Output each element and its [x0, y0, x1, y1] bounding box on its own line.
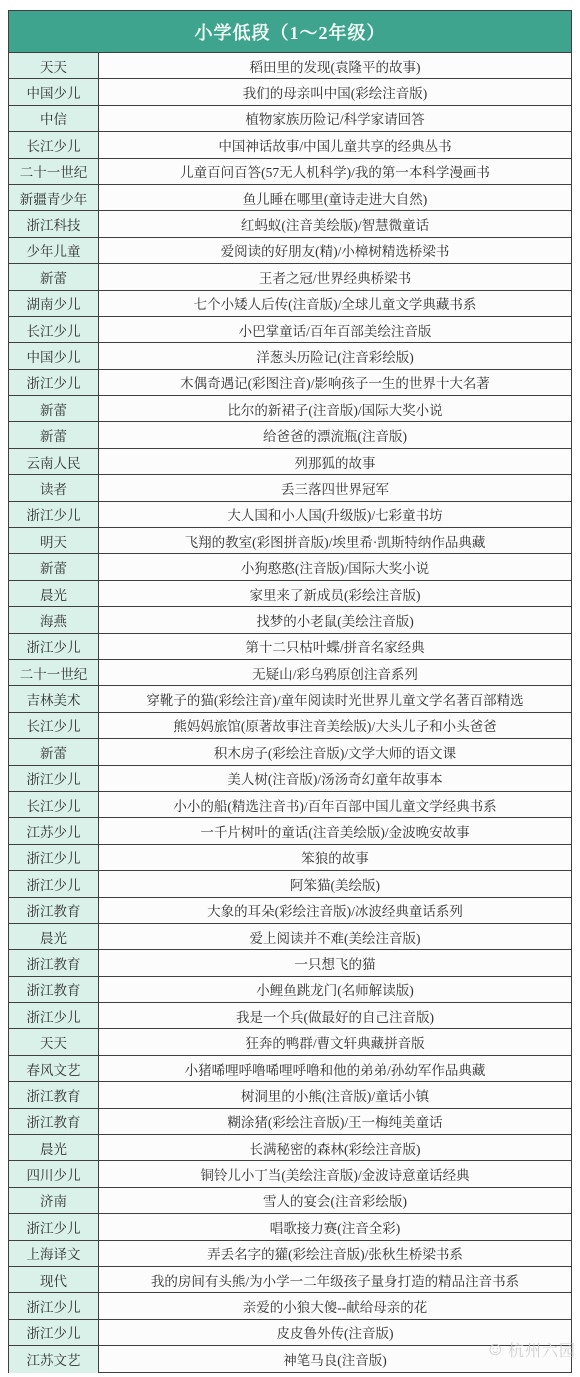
- table-row: 浙江少儿 第十二只枯叶蝶/拼音名家经典: [9, 634, 571, 660]
- book-title-cell: 找梦的小老鼠(美绘注音版): [99, 607, 571, 632]
- publisher-cell: 浙江少儿: [9, 634, 99, 659]
- table-row: 中国少儿 洋葱头历险记(注音彩绘版): [9, 343, 571, 369]
- table-row: 浙江少儿 笨狼的故事: [9, 845, 571, 871]
- publisher-cell: 晨光: [9, 924, 99, 949]
- table-row: 江苏少儿 一千片树叶的童话(注音美绘版)/金波晚安故事: [9, 818, 571, 844]
- table-row: 长江少儿 中国神话故事/中国儿童共享的经典丛书: [9, 132, 571, 158]
- publisher-cell: 天天: [9, 1029, 99, 1054]
- table-row: 浙江少儿 阿笨猫(美绘版): [9, 871, 571, 897]
- publisher-cell: 浙江教育: [9, 898, 99, 923]
- book-title-cell: 大象的耳朵(彩绘注音版)/冰波经典童话系列: [99, 898, 571, 923]
- table-row: 上海译文 弄丢名字的獾(彩绘注音版)/张秋生桥梁书系: [9, 1241, 571, 1267]
- publisher-cell: 上海译文: [9, 1241, 99, 1266]
- publisher-cell: 长江少儿: [9, 792, 99, 817]
- table-row: 浙江教育 大象的耳朵(彩绘注音版)/冰波经典童话系列: [9, 898, 571, 924]
- table-row: 浙江少儿 木偶奇遇记(彩图注音)/影响孩子一生的世界十大名著: [9, 370, 571, 396]
- book-title-cell: 我的房间有头熊/为小学一二年级孩子量身打造的精品注音书系: [99, 1267, 571, 1292]
- publisher-cell: 浙江少儿: [9, 845, 99, 870]
- table-row: 长江少儿 小小的船(精选注音书)/百年百部中国儿童文学经典书系: [9, 792, 571, 818]
- table-row: 晨光 家里来了新成员(彩绘注音版): [9, 581, 571, 607]
- book-title-cell: 积木房子(彩绘注音版)/文学大师的语文课: [99, 739, 571, 764]
- publisher-cell: 浙江少儿: [9, 1320, 99, 1345]
- publisher-cell: 中国少儿: [9, 343, 99, 368]
- publisher-cell: 春风文艺: [9, 1056, 99, 1081]
- table-row: 海燕 找梦的小老鼠(美绘注音版): [9, 607, 571, 633]
- book-title-cell: 一只想飞的猫: [99, 950, 571, 975]
- publisher-cell: 二十一世纪: [9, 660, 99, 685]
- book-title-cell: 爱上阅读并不难(美绘注音版): [99, 924, 571, 949]
- publisher-cell: 明天: [9, 528, 99, 553]
- publisher-cell: 四川少儿: [9, 1161, 99, 1186]
- publisher-cell: 新疆青少年: [9, 185, 99, 210]
- book-title-cell: 一千片树叶的童话(注音美绘版)/金波晚安故事: [99, 818, 571, 843]
- book-title-cell: 铜铃儿小丁当(美绘注音版)/金波诗意童话经典: [99, 1161, 571, 1186]
- publisher-cell: 浙江教育: [9, 1109, 99, 1134]
- book-title-cell: 木偶奇遇记(彩图注音)/影响孩子一生的世界十大名著: [99, 370, 571, 395]
- book-title-cell: 植物家族历险记/科学家请回答: [99, 106, 571, 131]
- table-row: 浙江少儿 美人树(注音版)/汤汤奇幻童年故事本: [9, 766, 571, 792]
- publisher-cell: 济南: [9, 1188, 99, 1213]
- publisher-cell: 长江少儿: [9, 713, 99, 738]
- book-title-cell: 第十二只枯叶蝶/拼音名家经典: [99, 634, 571, 659]
- book-title-cell: 小小的船(精选注音书)/百年百部中国儿童文学经典书系: [99, 792, 571, 817]
- book-table-body: 天天 稻田里的发现(袁隆平的故事) 中国少儿 我们的母亲叫中国(彩绘注音版) 中…: [9, 53, 571, 1373]
- table-row: 江苏文艺 神笔马良(注音版): [9, 1346, 571, 1372]
- table-row: 天天 狂奔的鸭群/曹文轩典藏拼音版: [9, 1029, 571, 1055]
- publisher-cell: 长江少儿: [9, 317, 99, 342]
- book-title-cell: 中国神话故事/中国儿童共享的经典丛书: [99, 132, 571, 157]
- table-row: 天天 稻田里的发现(袁隆平的故事): [9, 53, 571, 79]
- book-title-cell: 无疑山/彩乌鸦原创注音系列: [99, 660, 571, 685]
- publisher-cell: 江苏文艺: [9, 1346, 99, 1372]
- publisher-cell: 海燕: [9, 607, 99, 632]
- table-header: 小学低段（1～2年级）: [9, 11, 571, 53]
- table-row: 浙江少儿 大人国和小人国(升级版)/七彩童书坊: [9, 502, 571, 528]
- publisher-cell: 浙江少儿: [9, 370, 99, 395]
- table-row: 浙江少儿 皮皮鲁外传(注音版): [9, 1320, 571, 1346]
- book-title-cell: 丢三落四世界冠军: [99, 475, 571, 500]
- table-row: 浙江少儿 唱歌接力赛(注音全彩): [9, 1214, 571, 1240]
- book-title-cell: 美人树(注音版)/汤汤奇幻童年故事本: [99, 766, 571, 791]
- publisher-cell: 浙江教育: [9, 1082, 99, 1107]
- table-row: 二十一世纪 儿童百问百答(57无人机科学)/我的第一本科学漫画书: [9, 159, 571, 185]
- publisher-cell: 吉林美术: [9, 686, 99, 711]
- book-title-cell: 稻田里的发现(袁隆平的故事): [99, 53, 571, 78]
- table-row: 读者 丢三落四世界冠军: [9, 475, 571, 501]
- book-title-cell: 大人国和小人国(升级版)/七彩童书坊: [99, 502, 571, 527]
- publisher-cell: 新蕾: [9, 554, 99, 579]
- book-title-cell: 给爸爸的漂流瓶(注音版): [99, 422, 571, 447]
- publisher-cell: 现代: [9, 1267, 99, 1292]
- publisher-cell: 江苏少儿: [9, 818, 99, 843]
- publisher-cell: 浙江少儿: [9, 1003, 99, 1028]
- table-row: 长江少儿 熊妈妈旅馆(原著故事注音美绘版)/大头儿子和小头爸爸: [9, 713, 571, 739]
- publisher-cell: 新蕾: [9, 739, 99, 764]
- book-title-cell: 狂奔的鸭群/曹文轩典藏拼音版: [99, 1029, 571, 1054]
- table-row: 浙江教育 糊涂猪(彩绘注音版)/王一梅纯美童话: [9, 1109, 571, 1135]
- book-title-cell: 小鲤鱼跳龙门(名师解读版): [99, 977, 571, 1002]
- table-row: 云南人民 列那狐的故事: [9, 449, 571, 475]
- table-row: 新蕾 比尔的新裙子(注音版)/国际大奖小说: [9, 396, 571, 422]
- table-row: 浙江教育 小鲤鱼跳龙门(名师解读版): [9, 977, 571, 1003]
- publisher-cell: 新蕾: [9, 264, 99, 289]
- table-row: 浙江少儿 亲爱的小狼大傻--献给母亲的花: [9, 1293, 571, 1319]
- book-title-cell: 我是一个兵(做最好的自己注音版): [99, 1003, 571, 1028]
- table-row: 明天 飞翔的教室(彩图拼音版)/埃里希·凯斯特纳作品典藏: [9, 528, 571, 554]
- publisher-cell: 读者: [9, 475, 99, 500]
- book-title-cell: 神笔马良(注音版): [99, 1346, 571, 1372]
- book-title-cell: 阿笨猫(美绘版): [99, 871, 571, 896]
- table-row: 新疆青少年 鱼儿睡在哪里(童诗走进大自然): [9, 185, 571, 211]
- publisher-cell: 中国少儿: [9, 79, 99, 104]
- book-title-cell: 皮皮鲁外传(注音版): [99, 1320, 571, 1345]
- table-row: 中信 植物家族历险记/科学家请回答: [9, 106, 571, 132]
- table-row: 新蕾 小狗憨憨(注音版)/国际大奖小说: [9, 554, 571, 580]
- table-row: 浙江少儿 我是一个兵(做最好的自己注音版): [9, 1003, 571, 1029]
- publisher-cell: 二十一世纪: [9, 159, 99, 184]
- table-row: 现代 我的房间有头熊/为小学一二年级孩子量身打造的精品注音书系: [9, 1267, 571, 1293]
- table-row: 新蕾 王者之冠/世界经典桥梁书: [9, 264, 571, 290]
- publisher-cell: 浙江少儿: [9, 502, 99, 527]
- book-title-cell: 笨狼的故事: [99, 845, 571, 870]
- book-title-cell: 比尔的新裙子(注音版)/国际大奖小说: [99, 396, 571, 421]
- table-row: 新蕾 给爸爸的漂流瓶(注音版): [9, 422, 571, 448]
- publisher-cell: 浙江少儿: [9, 1293, 99, 1318]
- publisher-cell: 浙江科技: [9, 211, 99, 236]
- book-title-cell: 树洞里的小熊(注音版)/童话小镇: [99, 1082, 571, 1107]
- publisher-cell: 浙江教育: [9, 977, 99, 1002]
- table-row: 少年儿童 爱阅读的好朋友(精)/小樟树精选桥梁书: [9, 238, 571, 264]
- publisher-cell: 湖南少儿: [9, 291, 99, 316]
- table-row: 新蕾 积木房子(彩绘注音版)/文学大师的语文课: [9, 739, 571, 765]
- publisher-cell: 浙江教育: [9, 950, 99, 975]
- book-title-cell: 亲爱的小狼大傻--献给母亲的花: [99, 1293, 571, 1318]
- book-title-cell: 穿靴子的猫(彩绘注音)/童年阅读时光世界儿童文学名著百部精选: [99, 686, 571, 711]
- publisher-cell: 浙江少儿: [9, 871, 99, 896]
- table-row: 晨光 长满秘密的森林(彩绘注音版): [9, 1135, 571, 1161]
- book-title-cell: 小猪唏哩呼噜唏哩呼噜和他的弟弟/孙幼军作品典藏: [99, 1056, 571, 1081]
- book-title-cell: 儿童百问百答(57无人机科学)/我的第一本科学漫画书: [99, 159, 571, 184]
- publisher-cell: 晨光: [9, 581, 99, 606]
- table-row: 浙江教育 一只想飞的猫: [9, 950, 571, 976]
- table-row: 晨光 爱上阅读并不难(美绘注音版): [9, 924, 571, 950]
- publisher-cell: 浙江少儿: [9, 766, 99, 791]
- book-title-cell: 弄丢名字的獾(彩绘注音版)/张秋生桥梁书系: [99, 1241, 571, 1266]
- table-row: 湖南少儿 七个小矮人后传(注音版)/全球儿童文学典藏书系: [9, 291, 571, 317]
- book-title-cell: 爱阅读的好朋友(精)/小樟树精选桥梁书: [99, 238, 571, 263]
- publisher-cell: 新蕾: [9, 396, 99, 421]
- book-title-cell: 王者之冠/世界经典桥梁书: [99, 264, 571, 289]
- table-row: 春风文艺 小猪唏哩呼噜唏哩呼噜和他的弟弟/孙幼军作品典藏: [9, 1056, 571, 1082]
- table-row: 长江少儿 小巴掌童话/百年百部美绘注音版: [9, 317, 571, 343]
- table-row: 浙江教育 树洞里的小熊(注音版)/童话小镇: [9, 1082, 571, 1108]
- book-title-cell: 唱歌接力赛(注音全彩): [99, 1214, 571, 1239]
- publisher-cell: 云南人民: [9, 449, 99, 474]
- publisher-cell: 长江少儿: [9, 132, 99, 157]
- book-title-cell: 家里来了新成员(彩绘注音版): [99, 581, 571, 606]
- table-row: 济南 雪人的宴会(注音彩绘版): [9, 1188, 571, 1214]
- table-row: 四川少儿 铜铃儿小丁当(美绘注音版)/金波诗意童话经典: [9, 1161, 571, 1187]
- book-recommendation-table: 小学低段（1～2年级） 天天 稻田里的发现(袁隆平的故事) 中国少儿 我们的母亲…: [8, 10, 572, 1373]
- book-title-cell: 雪人的宴会(注音彩绘版): [99, 1188, 571, 1213]
- book-title-cell: 七个小矮人后传(注音版)/全球儿童文学典藏书系: [99, 291, 571, 316]
- book-title-cell: 列那狐的故事: [99, 449, 571, 474]
- publisher-cell: 浙江少儿: [9, 1214, 99, 1239]
- table-row: 中国少儿 我们的母亲叫中国(彩绘注音版): [9, 79, 571, 105]
- book-title-cell: 红蚂蚁(注音美绘版)/智慧微童话: [99, 211, 571, 236]
- book-title-cell: 熊妈妈旅馆(原著故事注音美绘版)/大头儿子和小头爸爸: [99, 713, 571, 738]
- publisher-cell: 晨光: [9, 1135, 99, 1160]
- publisher-cell: 新蕾: [9, 422, 99, 447]
- book-title-cell: 糊涂猪(彩绘注音版)/王一梅纯美童话: [99, 1109, 571, 1134]
- book-title-cell: 鱼儿睡在哪里(童诗走进大自然): [99, 185, 571, 210]
- book-title-cell: 长满秘密的森林(彩绘注音版): [99, 1135, 571, 1160]
- book-title-cell: 我们的母亲叫中国(彩绘注音版): [99, 79, 571, 104]
- book-title-cell: 小巴掌童话/百年百部美绘注音版: [99, 317, 571, 342]
- book-title-cell: 洋葱头历险记(注音彩绘版): [99, 343, 571, 368]
- book-title-cell: 飞翔的教室(彩图拼音版)/埃里希·凯斯特纳作品典藏: [99, 528, 571, 553]
- table-title: 小学低段（1～2年级）: [195, 19, 386, 45]
- publisher-cell: 少年儿童: [9, 238, 99, 263]
- table-row: 二十一世纪 无疑山/彩乌鸦原创注音系列: [9, 660, 571, 686]
- table-row: 吉林美术 穿靴子的猫(彩绘注音)/童年阅读时光世界儿童文学名著百部精选: [9, 686, 571, 712]
- table-row: 浙江科技 红蚂蚁(注音美绘版)/智慧微童话: [9, 211, 571, 237]
- book-title-cell: 小狗憨憨(注音版)/国际大奖小说: [99, 554, 571, 579]
- publisher-cell: 中信: [9, 106, 99, 131]
- publisher-cell: 天天: [9, 53, 99, 78]
